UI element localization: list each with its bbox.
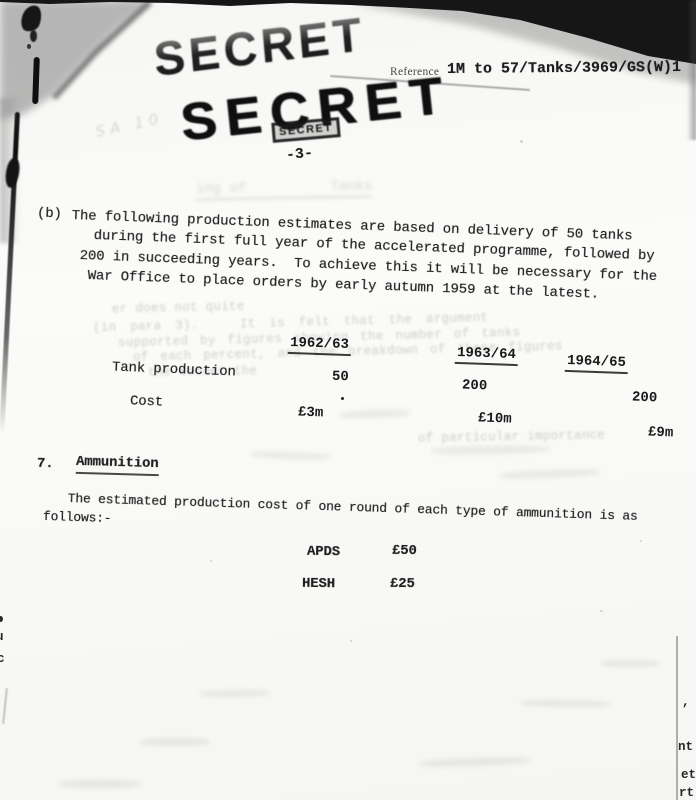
table-column-header-1963-64: 1963/64 xyxy=(455,345,518,366)
next-page-text-fragment: nt xyxy=(678,740,693,754)
next-page-text-fragment: rt xyxy=(679,786,694,800)
table-column-header-1964-65: 1964/65 xyxy=(565,353,628,374)
paper-speck xyxy=(350,640,352,642)
paper-speck xyxy=(480,230,482,233)
scan-smudge xyxy=(60,780,140,788)
scanned-document-page: SECRET Reference 1M to 57/Tanks/3969/GS(… xyxy=(0,0,696,800)
section-7-body-line2: follows:- xyxy=(43,509,112,526)
next-page-text-fragment: , xyxy=(682,695,690,709)
scan-smudge xyxy=(430,445,550,455)
ghost-line: of particular importance xyxy=(418,428,605,445)
page-edge-shadow-right xyxy=(687,0,696,140)
scan-smudge xyxy=(600,660,660,667)
scan-smudge xyxy=(520,699,610,708)
table-cell-cost-1962: £3m xyxy=(298,405,324,422)
table-row-label-tank-production: Tank production xyxy=(112,360,236,381)
table-cell-tank-1962: 50 xyxy=(332,369,349,386)
paper-speck xyxy=(640,540,642,542)
reference-number: 1M to 57/Tanks/3969/GS(W)1 xyxy=(447,59,681,78)
paper-speck xyxy=(600,610,603,612)
ammo-type-apds: APDS xyxy=(307,544,340,560)
paper-speck xyxy=(520,140,523,143)
page-edge-crease xyxy=(676,636,678,800)
ammo-cost-apds: £50 xyxy=(392,543,417,559)
scan-smudge xyxy=(500,468,600,479)
paragraph-b-label: (b) xyxy=(37,206,62,223)
ghost-line: er does not quite xyxy=(112,300,245,317)
section-7-body-line1: The estimated production cost of one rou… xyxy=(68,491,638,524)
scan-smudge xyxy=(140,738,210,746)
left-edge-scratch xyxy=(2,688,8,724)
paper-speck xyxy=(210,560,212,562)
table-cell-cost-1963: £10m xyxy=(478,410,512,427)
ink-dot xyxy=(27,44,31,49)
ammo-cost-hesh: £25 xyxy=(390,576,415,592)
ink-blotch-tail xyxy=(30,30,37,42)
page-number: -3- xyxy=(285,145,313,164)
scan-smudge xyxy=(200,689,270,697)
scan-smudge xyxy=(340,409,410,419)
table-cell-tank-1964: 200 xyxy=(632,390,658,407)
table-cell-cost-1964: £9m xyxy=(648,425,674,442)
left-edge-dot xyxy=(0,616,3,622)
table-row-label-cost: Cost xyxy=(130,393,164,410)
left-edge-text-fragment: c xyxy=(0,652,5,666)
ink-speck xyxy=(341,397,344,400)
left-edge-text-fragment: u xyxy=(0,630,4,644)
next-page-text-fragment: et xyxy=(681,768,696,782)
table-cell-tank-1963: 200 xyxy=(462,378,488,395)
scan-smudge xyxy=(420,756,530,768)
table-column-header-1962-63: 1962/63 xyxy=(288,335,351,356)
ghost-heading: ing of Tanks xyxy=(196,178,373,200)
section-7-number: 7. xyxy=(37,456,54,472)
scan-smudge xyxy=(250,451,330,461)
ammo-type-hesh: HESH xyxy=(302,576,335,592)
section-7-heading: Ammunition xyxy=(76,454,159,476)
